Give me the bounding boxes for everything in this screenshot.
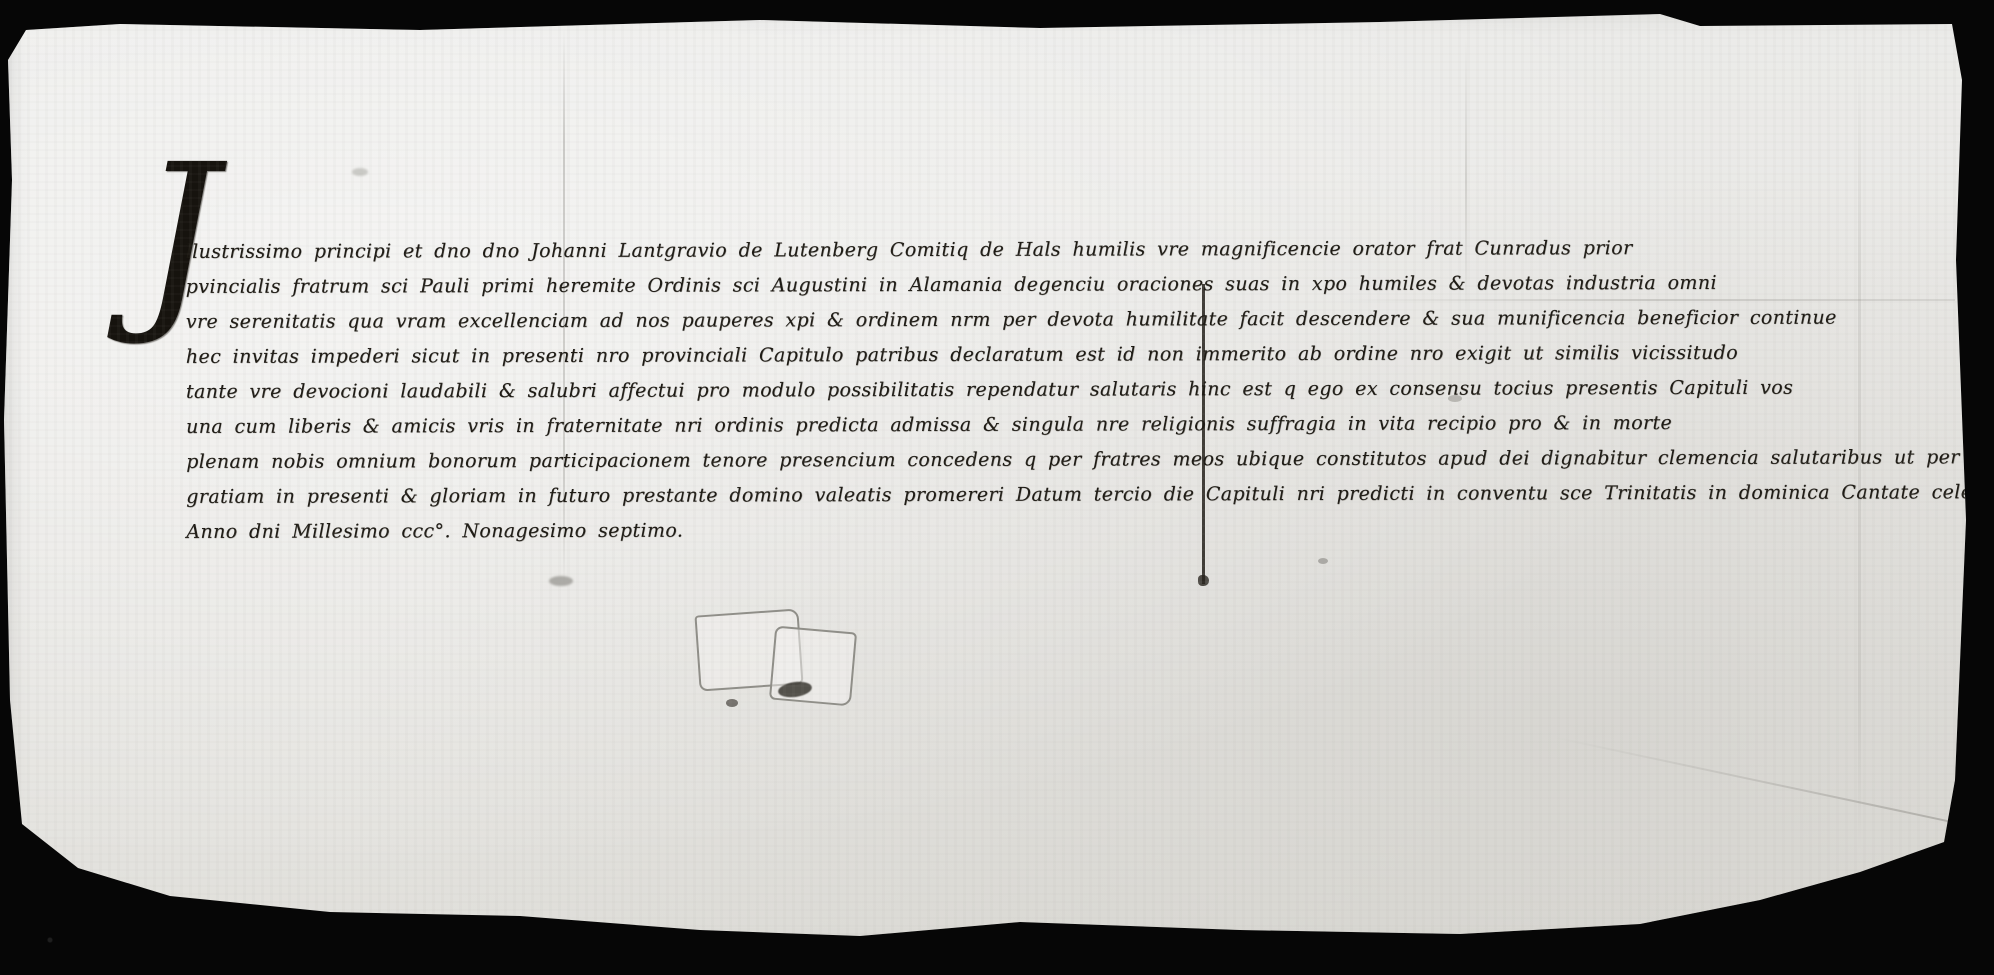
ink-stain bbox=[726, 699, 738, 707]
corner-crease bbox=[1554, 737, 1985, 830]
smudge-mark bbox=[1448, 395, 1462, 402]
manuscript-text-block: llustrissimo principi et dno dno Johanni… bbox=[186, 231, 1647, 550]
smudge-mark bbox=[1318, 558, 1328, 564]
manuscript-line: una cum liberis & amicis vris in fratern… bbox=[186, 406, 1646, 445]
smudge-mark bbox=[352, 168, 368, 176]
repair-patch-outline bbox=[769, 626, 857, 707]
manuscript-line: pvincialis fratrum sci Pauli primi herem… bbox=[186, 266, 1646, 305]
photo-backdrop: J llustrissimo principi et dno dno Johan… bbox=[0, 0, 1994, 975]
manuscript-line: Anno dni Millesimo ccc°. Nonagesimo sept… bbox=[186, 511, 1646, 550]
vertical-fold-crease bbox=[563, 28, 565, 588]
ink-slit-line bbox=[1202, 284, 1205, 584]
smudge-mark bbox=[549, 576, 573, 586]
ink-slit-foot-mark bbox=[1198, 575, 1209, 586]
manuscript-line: tante vre devocioni laudabili & salubri … bbox=[186, 371, 1646, 410]
horizontal-fold-crease bbox=[1340, 299, 1955, 301]
manuscript-line: llustrissimo principi et dno dno Johanni… bbox=[186, 231, 1646, 270]
manuscript-line: plenam nobis omnium bonorum participacio… bbox=[186, 441, 1646, 480]
manuscript-line: gratiam in presenti & gloriam in futuro … bbox=[186, 476, 1646, 515]
manuscript-line: vre serenitatis qua vram excellenciam ad… bbox=[186, 301, 1646, 340]
parchment-sheet: J llustrissimo principi et dno dno Johan… bbox=[0, 0, 1994, 975]
vertical-fold-crease bbox=[1858, 40, 1861, 850]
illuminated-initial: J bbox=[140, 148, 220, 324]
repair-patch-outline bbox=[694, 608, 803, 691]
manuscript-line: hec invitas impederi sicut in presenti n… bbox=[186, 336, 1646, 375]
vertical-fold-crease bbox=[1465, 36, 1467, 326]
ink-stain bbox=[777, 680, 813, 700]
turned-corner-shadow bbox=[1560, 832, 1990, 972]
